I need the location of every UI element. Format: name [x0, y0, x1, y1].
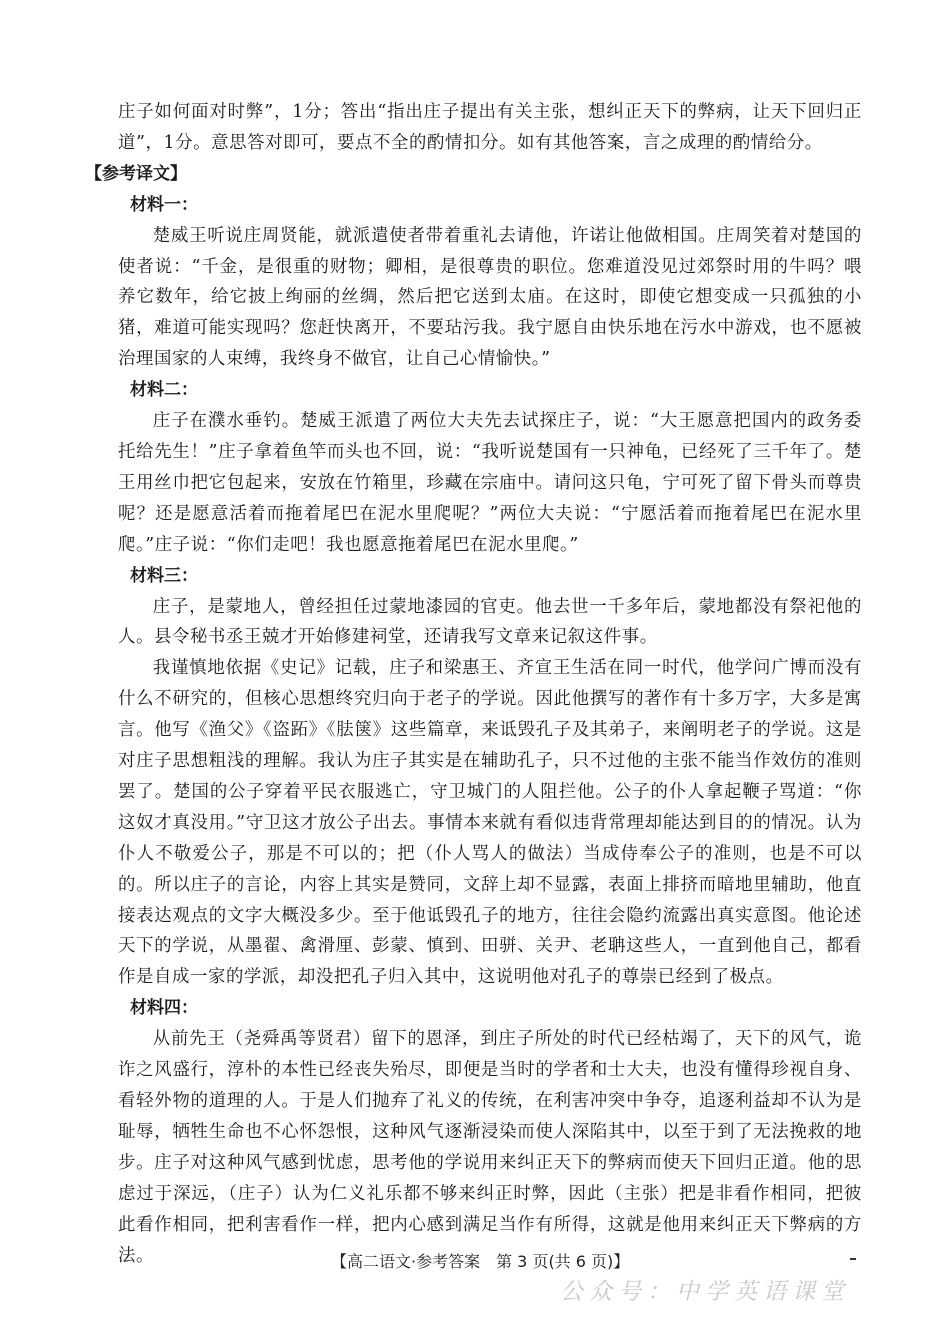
- footer-dash-mark: [850, 1258, 856, 1260]
- translation-heading: 【参考译文】: [85, 159, 862, 190]
- document-page: 庄子如何面对时弊”，1分；答出“指出庄子提出有关主张，想纠正天下的弊病，让天下回…: [118, 97, 862, 1271]
- watermark: 公众号：中学英语课堂: [560, 1273, 850, 1306]
- material-3-paragraph-2: 我谨慎地依据《史记》记载，庄子和梁惠王、齐宣王生活在同一时代，他学问广博而没有什…: [118, 653, 862, 993]
- material-1-paragraph: 楚威王听说庄周贤能，就派遣使者带着重礼去请他，许诺让他做相国。庄周笑着对楚国的使…: [118, 221, 862, 376]
- material-2-title: 材料二：: [118, 375, 862, 406]
- material-4-title: 材料四：: [118, 993, 862, 1024]
- page-footer: 【高二语文·参考答案 第 3 页(共 6 页)】: [331, 1249, 629, 1272]
- scoring-note: 庄子如何面对时弊”，1分；答出“指出庄子提出有关主张，想纠正天下的弊病，让天下回…: [118, 97, 862, 159]
- material-3-title: 材料三：: [118, 561, 862, 592]
- material-3-paragraph-1: 庄子，是蒙地人，曾经担任过蒙地漆园的官吏。他去世一千多年后，蒙地都没有祭祀他的人…: [118, 592, 862, 654]
- material-4-paragraph: 从前先王（尧舜禹等贤君）留下的恩泽，到庄子所处的时代已经枯竭了，天下的风气，诡诈…: [118, 1024, 862, 1271]
- material-1-title: 材料一：: [118, 190, 862, 221]
- material-2-paragraph: 庄子在濮水垂钓。楚威王派遣了两位大夫先去试探庄子，说：“大王愿意把国内的政务委托…: [118, 406, 862, 561]
